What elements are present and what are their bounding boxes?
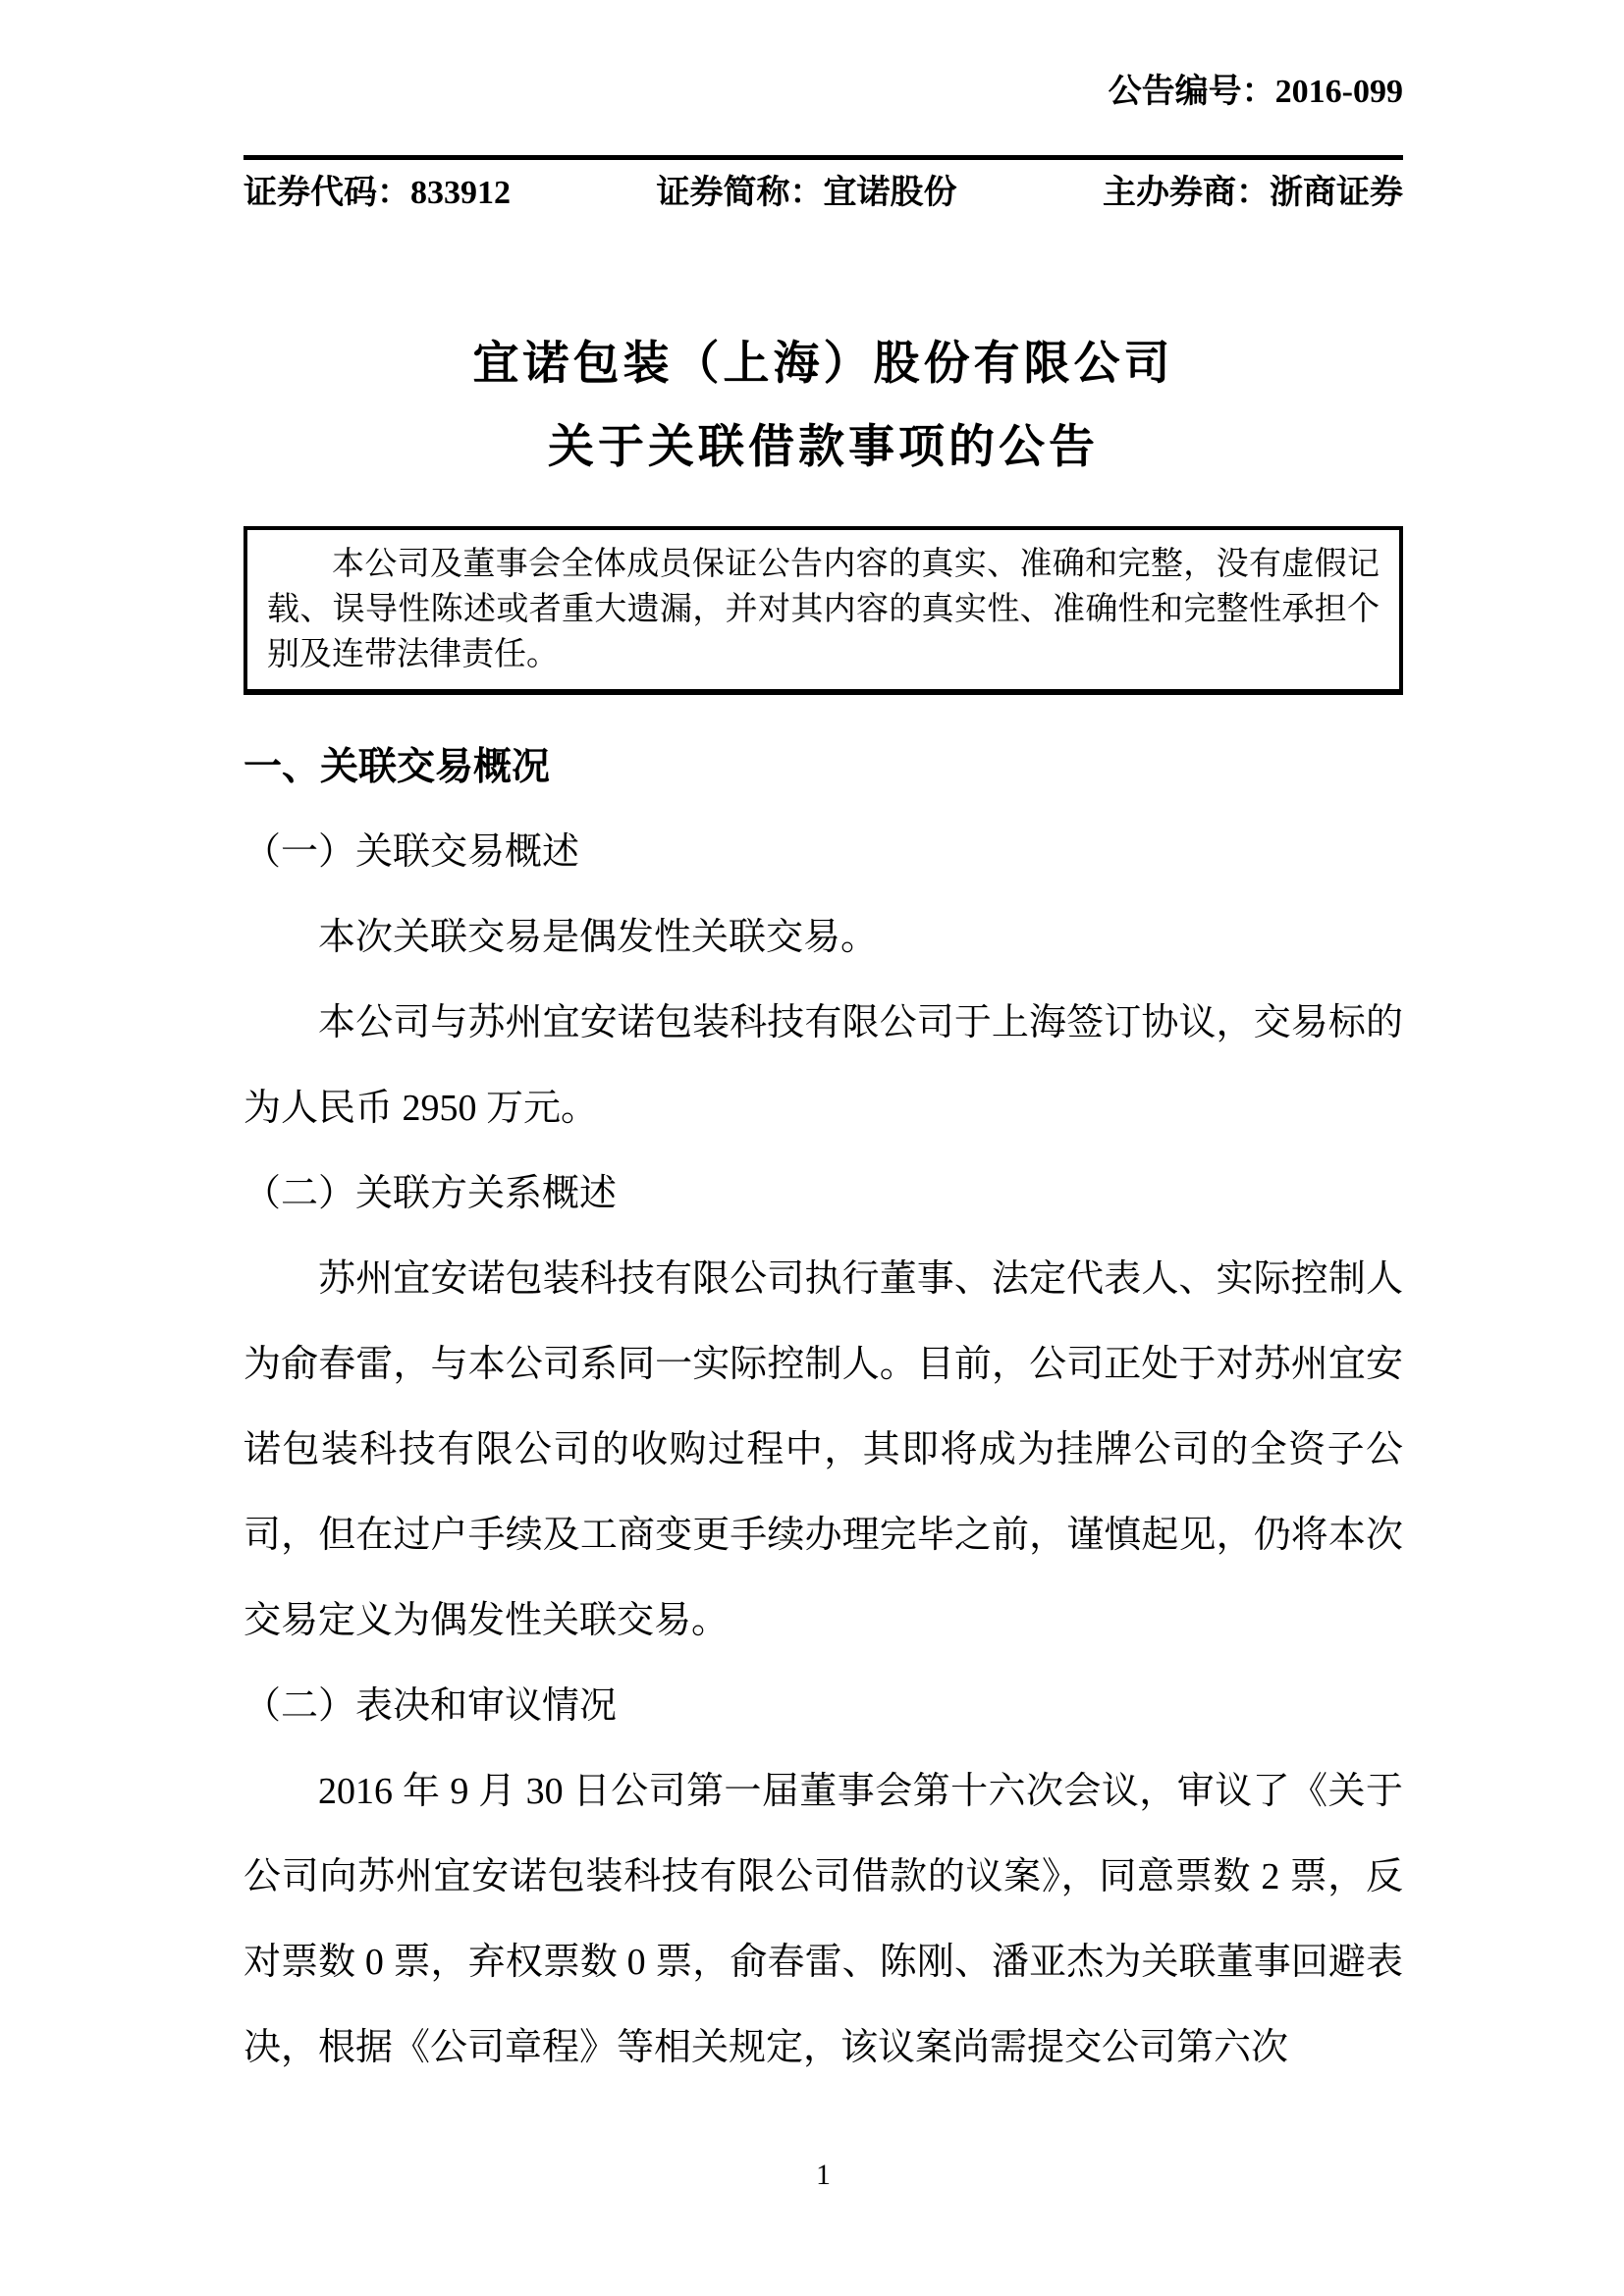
subsection-heading-1-1: （一）关联交易概述: [244, 810, 1403, 895]
announcement-number-label: 公告编号：: [1109, 74, 1275, 110]
stock-code-label: 证券代码：: [244, 175, 410, 211]
stock-short-label: 证券简称：: [657, 175, 824, 211]
page-title-company: 宜诺包装（上海）股份有限公司: [244, 335, 1403, 394]
page-title-subject: 关于关联借款事项的公告: [244, 418, 1403, 477]
paragraph: 2016 年 9 月 30 日公司第一届董事会第十六次会议，审议了《关于公司向苏…: [244, 1749, 1403, 2091]
securities-info-row: 证券代码：833912 证券简称：宜诺股份 主办券商：浙商证券: [244, 170, 1403, 217]
disclaimer-text: 本公司及董事会全体成员保证公告内容的真实、准确和完整，没有虚假记载、误导性陈述或…: [267, 547, 1380, 672]
stock-short-name: 证券简称：宜诺股份: [657, 170, 957, 217]
sponsor-broker: 主办券商：浙商证券: [1103, 170, 1403, 217]
disclaimer-box: 本公司及董事会全体成员保证公告内容的真实、准确和完整，没有虚假记载、误导性陈述或…: [244, 526, 1403, 695]
sponsor-value: 浙商证券: [1270, 175, 1403, 211]
paragraph: 本次关联交易是偶发性关联交易。: [244, 895, 1403, 981]
stock-short-value: 宜诺股份: [824, 175, 957, 211]
subsection-heading-1-2: （二）关联方关系概述: [244, 1151, 1403, 1237]
document-body: 一、关联交易概况 （一）关联交易概述 本次关联交易是偶发性关联交易。 本公司与苏…: [244, 724, 1403, 2091]
header-divider: [244, 155, 1403, 160]
announcement-document-page: 公告编号：2016-099 证券代码：833912 证券简称：宜诺股份 主办券商…: [0, 0, 1624, 2296]
page-number: 1: [244, 2156, 1403, 2195]
sponsor-label: 主办券商：: [1103, 175, 1270, 211]
subsection-heading-1-3: （二）表决和审议情况: [244, 1664, 1403, 1749]
announcement-number-row: 公告编号：2016-099: [244, 71, 1403, 114]
section-heading-1: 一、关联交易概况: [244, 724, 1403, 810]
paragraph: 苏州宜安诺包装科技有限公司执行董事、法定代表人、实际控制人为俞春雷，与本公司系同…: [244, 1237, 1403, 1664]
stock-code-value: 833912: [410, 175, 511, 211]
paragraph: 本公司与苏州宜安诺包装科技有限公司于上海签订协议，交易标的为人民币 2950 万…: [244, 981, 1403, 1151]
announcement-number-value: 2016-099: [1275, 74, 1403, 110]
stock-code: 证券代码：833912: [244, 170, 511, 217]
